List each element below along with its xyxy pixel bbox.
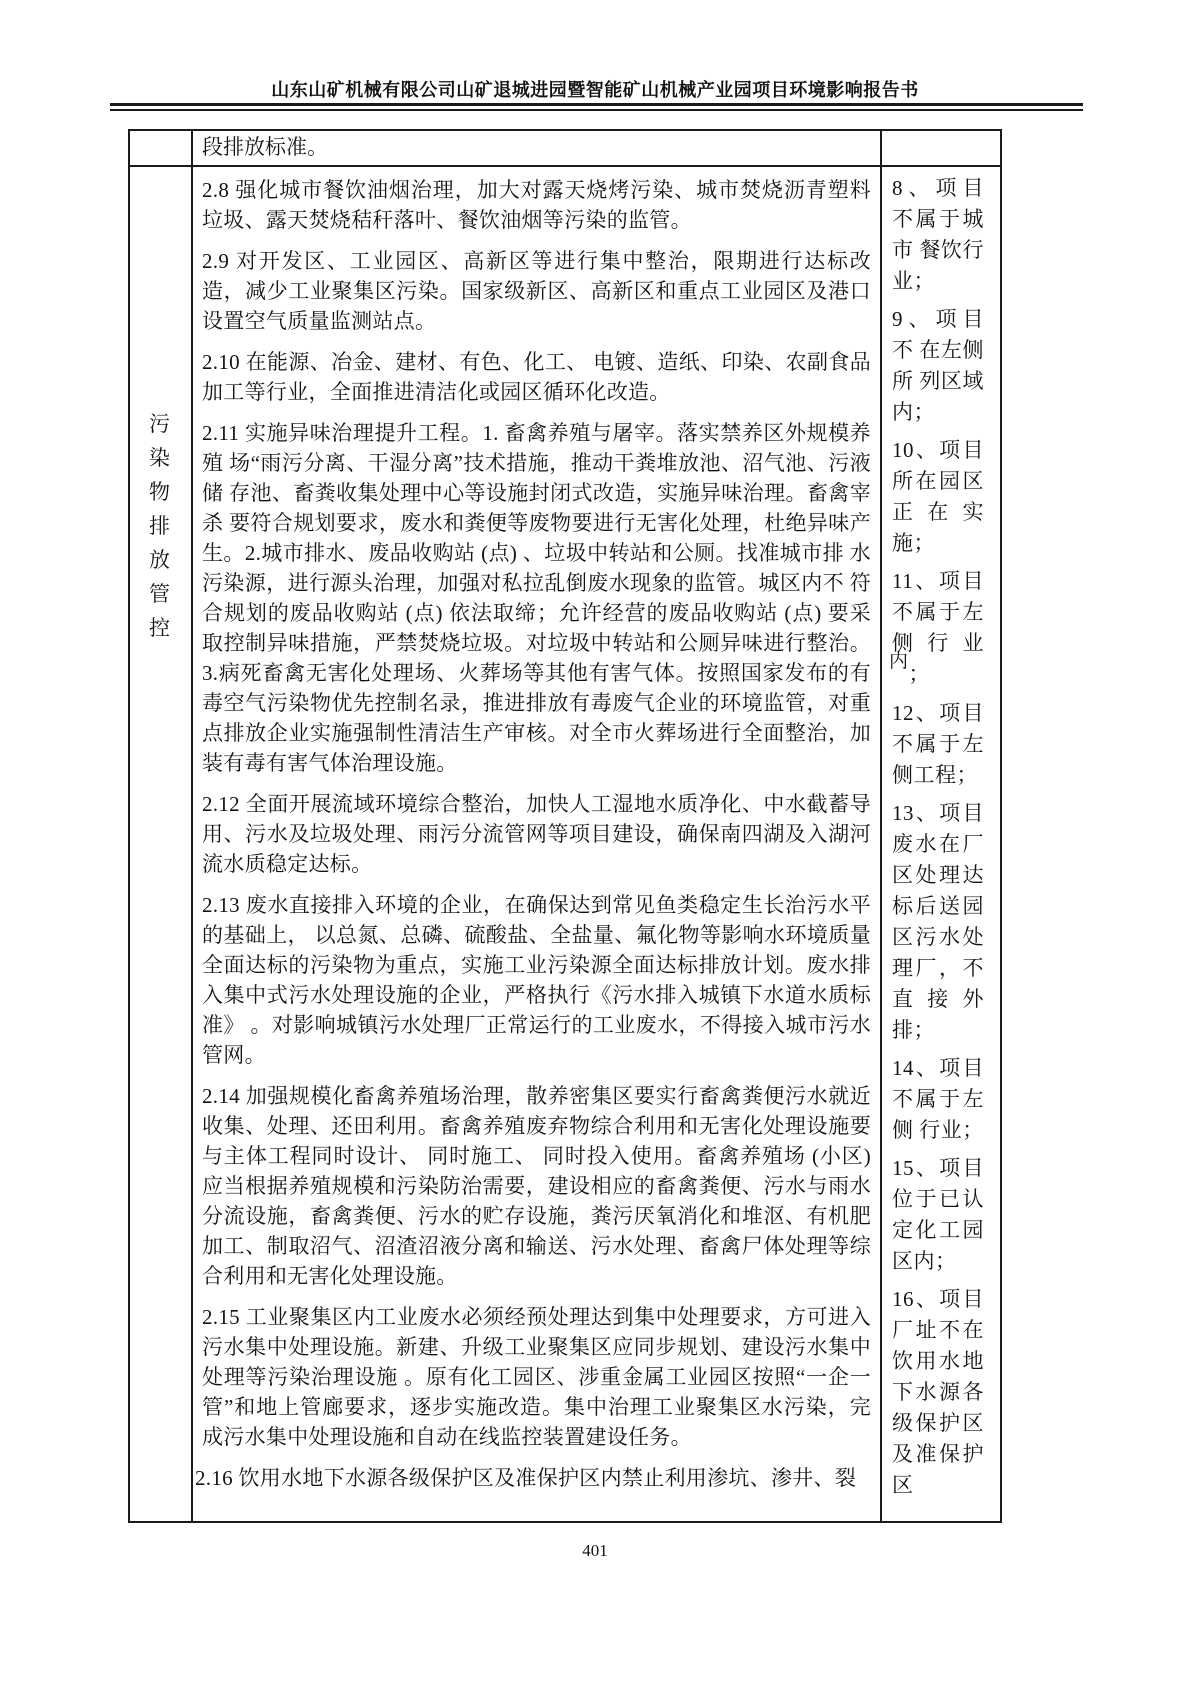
paragraph-2-11: 2.11 实施异味治理提升工程。1. 畜禽养殖与屠宰。落实禁养区外规模养殖 场“… <box>202 418 871 778</box>
paragraph-2-8: 2.8 强化城市餐饮油烟治理，加大对露天烧烤污染、城市焚烧沥青塑料垃圾、露天焚烧… <box>202 175 871 235</box>
paragraph-2-9: 2.9 对开发区、工业园区、高新区等进行集中整治，限期进行达标改造，减少工业聚集… <box>202 246 871 336</box>
note-11: 11、项目不属于左侧行业内； <box>892 566 984 691</box>
paragraph-2-14: 2.14 加强规模化畜禽养殖场治理，散养密集区要实行畜禽粪便污水就近收集、处理、… <box>202 1081 871 1291</box>
note-11-raised-char: 内 <box>889 651 909 672</box>
page-number: 401 <box>0 1541 1190 1561</box>
paragraph-2-10: 2.10 在能源、冶金、建材、有色、化工、 电镀、造纸、印染、农副食品加工等行业… <box>202 347 871 407</box>
pollutant-discharge-control-label: 污染物排放管控 <box>130 407 191 645</box>
main-text-cell: 2.8 强化城市餐饮油烟治理，加大对露天烧烤污染、城市焚烧沥青塑料垃圾、露天焚烧… <box>191 165 880 1521</box>
paragraph-2-15: 2.15 工业聚集区内工业废水必须经预处理达到集中处理要求，方可进入污水集中处理… <box>202 1302 871 1452</box>
note-14: 14、项目不属于左侧 行业； <box>892 1053 984 1146</box>
note-13: 13、项目废水在厂区处理达标后送园区污水处理厂，不直接外排； <box>892 798 984 1046</box>
document-header-title: 山东山矿机械有限公司山矿退城进园暨智能矿山机械产业园项目环境影响报告书 <box>0 76 1190 102</box>
paragraph-2-13: 2.13 废水直接排入环境的企业，在确保达到常见鱼类稳定生长治污水平的基础上， … <box>202 890 871 1070</box>
note-8: 8、项目不属于城市 餐饮行业； <box>892 173 984 297</box>
note-16: 16、项目厂址不在饮用水地下水源各级保护区及准保护区 <box>892 1284 984 1501</box>
note-12: 12、项目不属于左侧工程； <box>892 698 984 791</box>
row-label-cell: 污染物排放管控 <box>130 165 191 1521</box>
row1-left-empty-cell <box>130 131 191 165</box>
header-double-rule <box>110 103 1083 111</box>
paragraph-2-12: 2.12 全面开展流域环境综合整治，加快人工湿地水质净化、中水截蓄导用、污水及垃… <box>202 789 871 879</box>
note-15: 15、项目位于已认定化工园区内； <box>892 1153 984 1277</box>
note-9: 9、项目不 在左侧所 列区域内； <box>892 304 984 428</box>
note-11-punct: ； <box>909 662 931 686</box>
note-10: 10、项目所在园区正在实施； <box>892 435 984 559</box>
row1-right-empty-cell <box>880 131 1000 165</box>
document-page: 山东山矿机械有限公司山矿退城进园暨智能矿山机械产业园项目环境影响报告书 段排放标… <box>0 0 1190 1683</box>
row1-continuation-text: 段排放标准。 <box>191 131 880 165</box>
paragraph-2-16: 2.16 饮用水地下水源各级保护区及准保护区内禁止利用渗坑、渗井、裂 <box>195 1463 871 1493</box>
notes-cell: 8、项目不属于城市 餐饮行业； 9、项目不 在左侧所 列区域内； 10、项目所在… <box>880 165 1000 1521</box>
note-11-text: 11、项目不属于左侧行业 <box>892 569 984 655</box>
report-table: 段排放标准。 污染物排放管控 2.8 强化城市餐饮油烟治理，加大对露天烧烤污染、… <box>128 129 1002 1523</box>
